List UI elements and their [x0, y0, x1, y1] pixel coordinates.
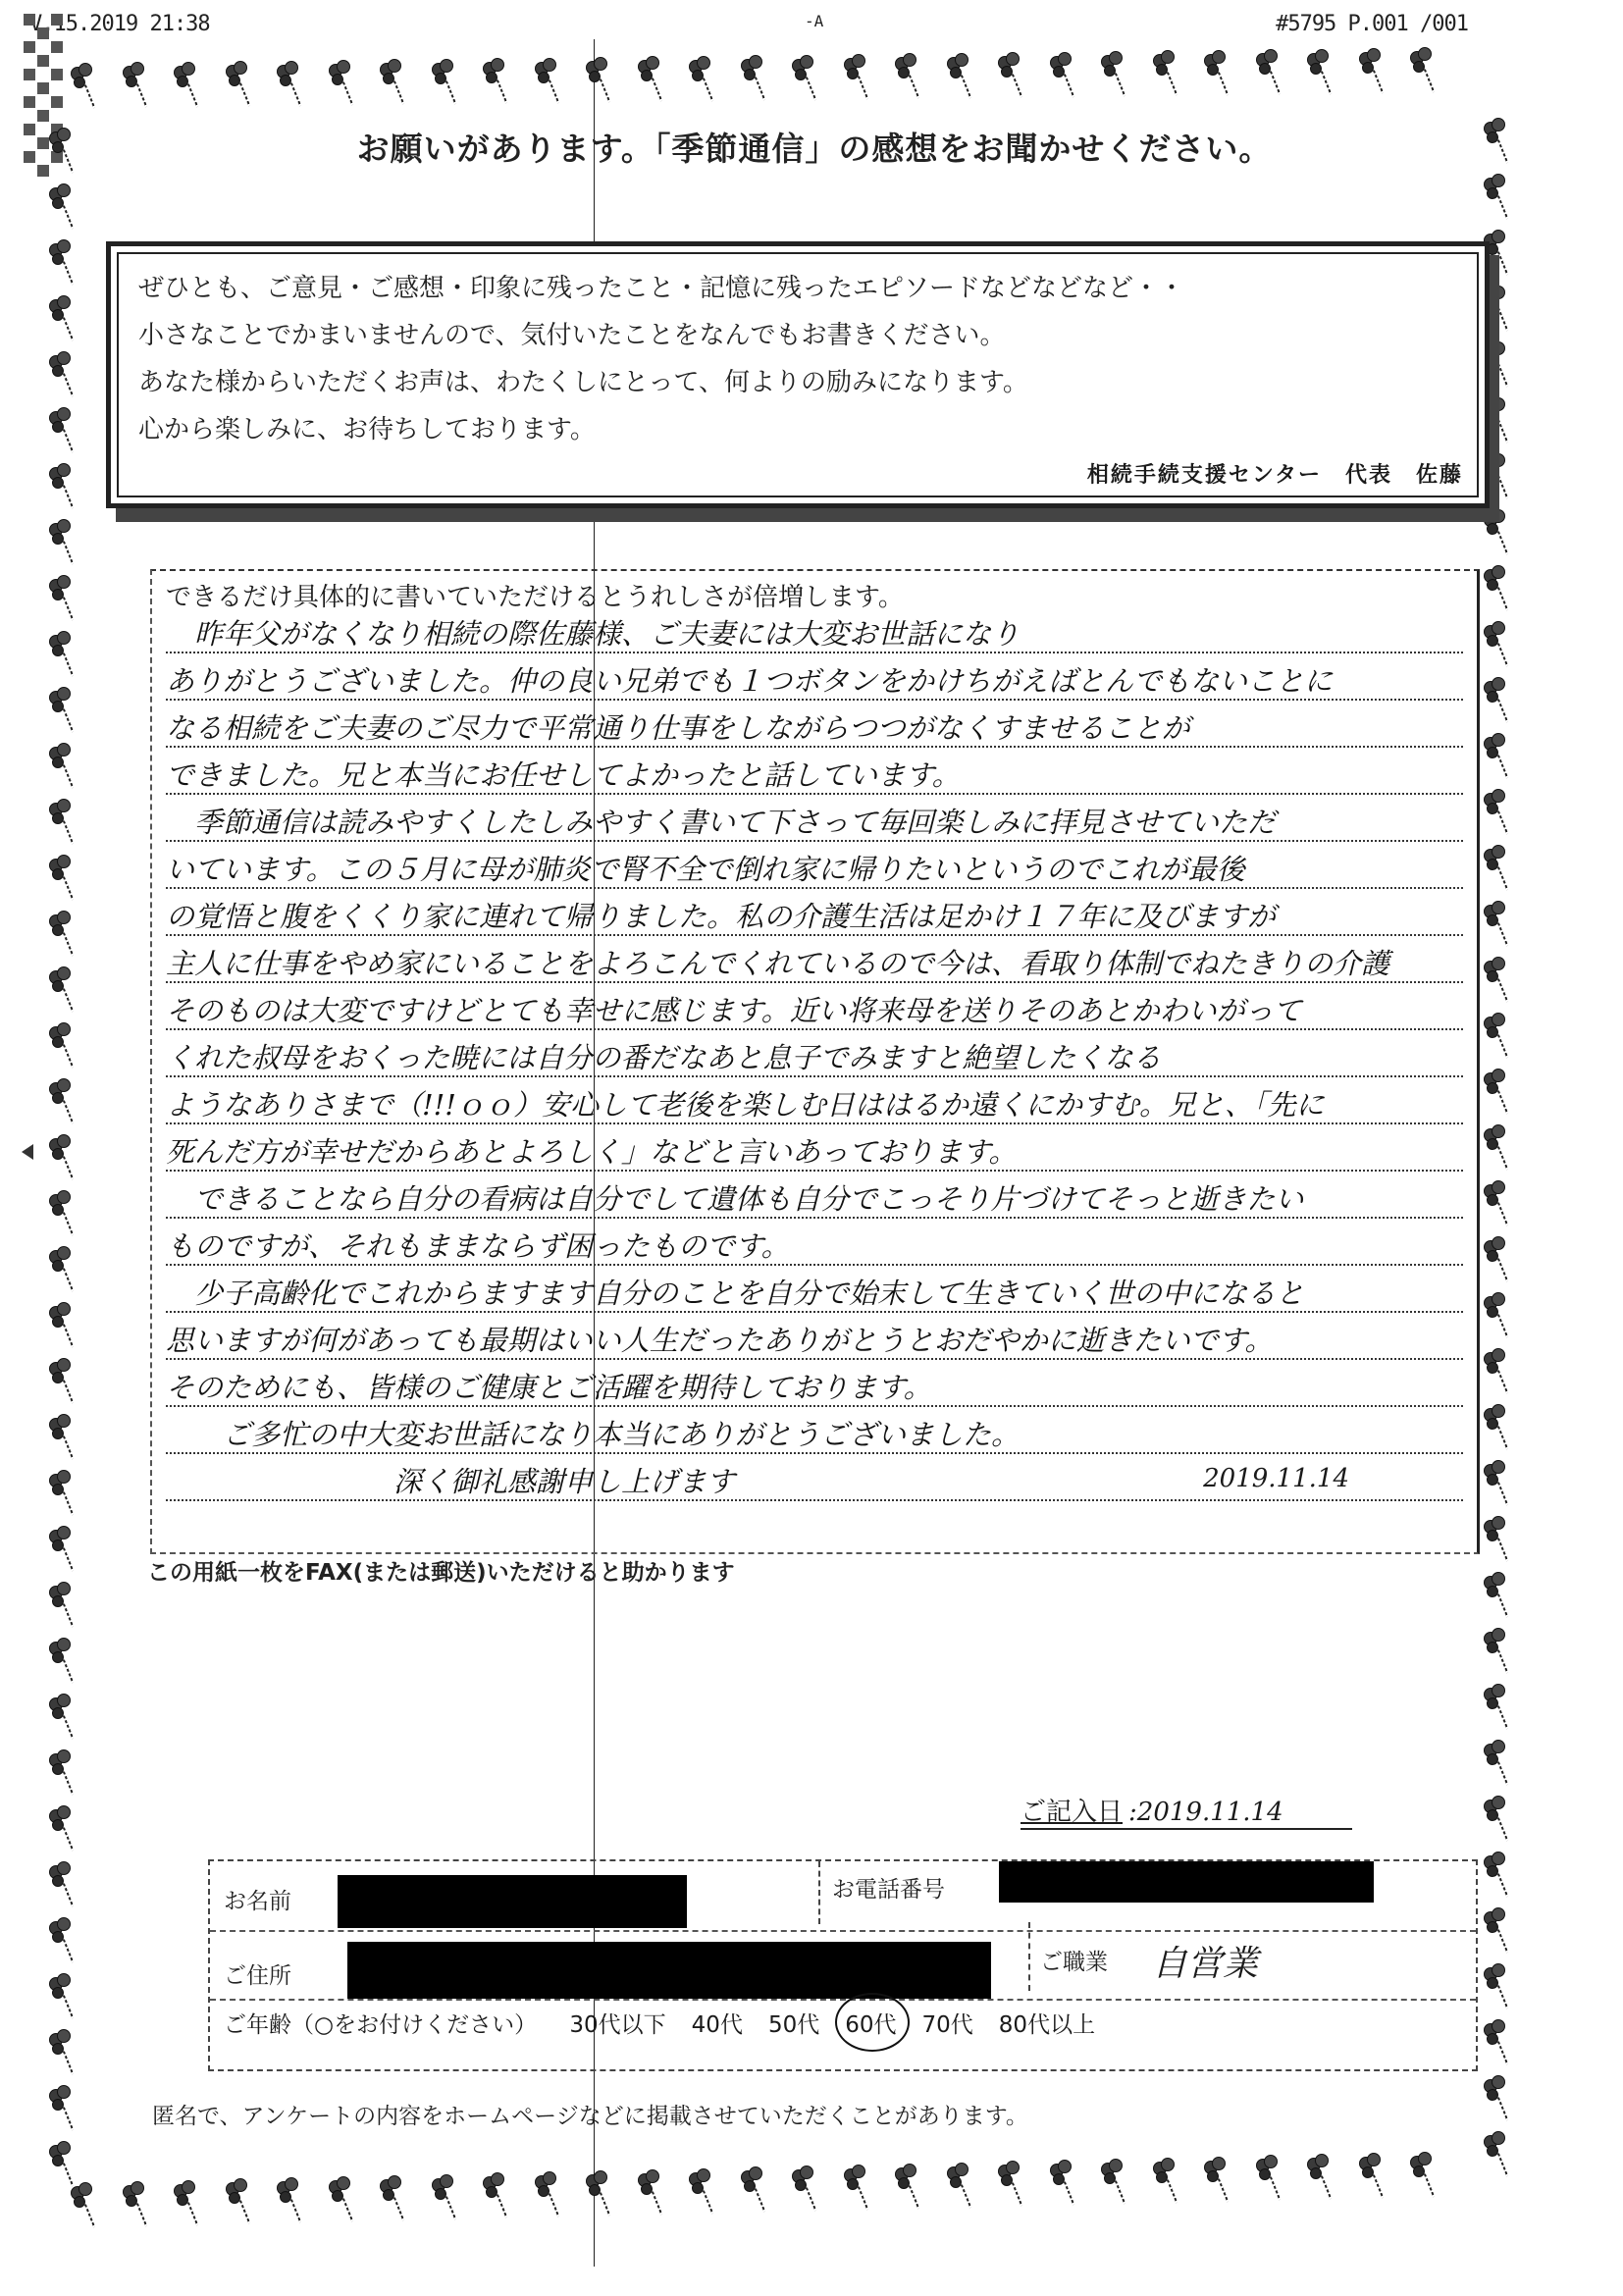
- cherry-icon: [71, 63, 92, 110]
- cherry-icon: [1484, 1292, 1505, 1339]
- cherry-icon: [49, 2029, 71, 2076]
- cherry-icon: [1484, 1404, 1505, 1451]
- handwritten-line: 死んだ方が幸せだからあとよろしく」などと言いあっております。: [166, 1130, 1463, 1172]
- entry-date-label: ご記入日: [1021, 1798, 1123, 1827]
- cherry-icon: [123, 2181, 144, 2228]
- form-divider: [1028, 1922, 1030, 1991]
- entry-date-value[interactable]: :2019.11.14: [1128, 1798, 1283, 1827]
- cherry-icon: [1484, 1069, 1505, 1116]
- cherry-icon: [49, 463, 71, 510]
- cherry-icon: [329, 2176, 350, 2223]
- occupation-label: ご職業: [1040, 1944, 1108, 1976]
- handwritten-line: の覚悟と腹をくくり家に連れて帰りました。私の介護生活は足かけ１７年に及びますが: [166, 895, 1463, 936]
- fax-page-number: #5795 P.001 /001: [1276, 12, 1468, 36]
- handwritten-line: そのものは大変ですけどとても幸せに感じます。近い将来母を送りそのあとかわいがって: [166, 989, 1463, 1030]
- cherry-icon: [49, 966, 71, 1014]
- cherry-icon: [1484, 1852, 1505, 1899]
- cherry-icon: [1307, 49, 1329, 96]
- cherry-icon: [71, 2182, 92, 2229]
- phone-field-redacted[interactable]: [999, 1861, 1374, 1903]
- cherry-icon: [49, 1526, 71, 1573]
- cherry-icon: [741, 55, 762, 102]
- cherry-icon: [1359, 2153, 1381, 2200]
- handwritten-line: ものですが、それもままならず困ったものです。: [166, 1225, 1463, 1266]
- cherry-icon: [1153, 2158, 1175, 2205]
- cherry-icon: [792, 55, 813, 102]
- cherry-icon: [49, 1805, 71, 1852]
- cherry-icon: [49, 183, 71, 231]
- page-title: お願いがあります。「季節通信」の感想をお聞かせください。: [196, 124, 1433, 170]
- handwritten-line: できました。兄と本当にお任せしてよかったと話しています。: [166, 754, 1463, 795]
- cherry-icon: [895, 2164, 916, 2211]
- name-field-redacted[interactable]: [338, 1875, 687, 1928]
- cherry-icon: [1484, 118, 1505, 165]
- cherry-icon: [483, 2172, 504, 2219]
- cherry-icon: [1050, 2160, 1072, 2207]
- cherry-icon: [1307, 2154, 1329, 2201]
- feedback-prompt: できるだけ具体的に書いていただけるとうれしさが倍増します。: [166, 577, 904, 613]
- age-option[interactable]: 60代: [845, 2007, 896, 2039]
- cherry-icon: [49, 631, 71, 678]
- intro-signature: 相続手続支援センター 代表 佐藤: [1087, 458, 1463, 489]
- handwritten-line: くれた叔母をおくった暁には自分の番だなあと息子でみますと絶望したくなる: [166, 1036, 1463, 1077]
- cherry-icon: [1050, 52, 1072, 99]
- cherry-icon: [49, 2085, 71, 2132]
- cherry-icon: [586, 2170, 607, 2218]
- cherry-icon: [49, 1302, 71, 1349]
- age-option[interactable]: 80代以上: [999, 2007, 1095, 2039]
- cherry-icon: [1153, 50, 1175, 97]
- cherry-icon: [1204, 2157, 1226, 2204]
- triangle-marker-icon: [22, 1144, 33, 1160]
- cherry-icon: [1484, 621, 1505, 668]
- cherry-icon: [380, 59, 401, 106]
- cherry-icon: [1484, 1236, 1505, 1283]
- cherry-icon: [1484, 1963, 1505, 2010]
- cherry-icon: [49, 799, 71, 846]
- cherry-icon: [174, 62, 195, 109]
- handwritten-line: いています。この５月に母が肺炎で腎不全で倒れ家に帰りたいというのでこれが最後: [166, 848, 1463, 889]
- cherry-icon: [1484, 1348, 1505, 1395]
- handwritten-line: 昨年父がなくなり相続の際佐藤様、ご夫妻には大変お世話になり: [166, 612, 1463, 653]
- cherry-icon: [483, 58, 504, 105]
- cherry-icon: [535, 2171, 556, 2218]
- cherry-icon: [1484, 2019, 1505, 2066]
- cherry-icon: [49, 295, 71, 342]
- cherry-icon: [689, 56, 710, 103]
- cherry-icon: [1101, 51, 1123, 98]
- cherry-icon: [49, 1414, 71, 1461]
- cherry-icon: [49, 911, 71, 958]
- cherry-icon: [49, 1694, 71, 1741]
- cherry-icon: [49, 1470, 71, 1517]
- cherry-icon: [947, 53, 969, 100]
- contact-form: お名前 お電話番号 ご住所 ご職業 自営業 ご年齢（○をお付けください） 30代…: [208, 1859, 1478, 2071]
- cherry-icon: [1484, 677, 1505, 724]
- cherry-icon: [998, 2161, 1020, 2208]
- handwritten-date: 2019.11.14: [1203, 1464, 1349, 1493]
- handwritten-line: ありがとうございました。仲の良い兄弟でも１つボタンをかけちがえばとんでもないこと…: [166, 659, 1463, 701]
- cherry-icon: [1484, 1516, 1505, 1563]
- handwritten-line: ようなありさまで（!!!ｏｏ）安心して老後を楽しむ日ははるか遠くにかすむ。兄と、…: [166, 1083, 1463, 1124]
- cherry-icon: [1484, 1684, 1505, 1731]
- cherry-icon: [689, 2168, 710, 2216]
- age-label: ご年齢（○をお付けください）: [224, 2007, 537, 2039]
- cherry-icon: [741, 2166, 762, 2214]
- cherry-icon: [49, 1638, 71, 1685]
- cherry-icon: [226, 61, 247, 108]
- cherry-icon: [49, 855, 71, 902]
- fax-center-mark: -A: [805, 12, 823, 30]
- fax-instruction: この用紙一枚をFAX(または郵送)いただけると助かります: [147, 1554, 735, 1587]
- cherry-icon: [1484, 1740, 1505, 1787]
- cherry-icon: [1484, 509, 1505, 556]
- cherry-icon: [49, 519, 71, 566]
- cherry-icon: [792, 2166, 813, 2213]
- cherry-icon: [947, 2163, 969, 2210]
- cherry-icon: [277, 61, 298, 108]
- cherry-icon: [1484, 565, 1505, 612]
- cherry-icon: [49, 1917, 71, 1964]
- cherry-icon: [49, 1358, 71, 1405]
- phone-label: お電話番号: [832, 1871, 945, 1904]
- cherry-icon: [49, 1861, 71, 1908]
- cherry-icon: [49, 1749, 71, 1797]
- cherry-icon: [226, 2178, 247, 2225]
- cherry-icon: [49, 407, 71, 454]
- intro-message-box: ぜひとも、ご意見・ご感想・印象に残ったこと・記憶に残ったエピソードなどなどなど・…: [106, 241, 1490, 508]
- age-option[interactable]: 40代: [692, 2007, 743, 2039]
- intro-line: 心から楽しみに、お待ちしております。: [138, 409, 596, 445]
- cherry-icon: [1484, 1124, 1505, 1172]
- cherry-icon: [277, 2177, 298, 2224]
- cherry-icon: [1359, 48, 1381, 95]
- feedback-area[interactable]: できるだけ具体的に書いていただけるとうれしさが倍増します。 昨年父がなくなり相続…: [150, 569, 1480, 1554]
- age-option[interactable]: 50代: [768, 2007, 819, 2039]
- fax-transmission-header: V.15.2019 21:38 -A #5795 P.001 /001: [0, 12, 1623, 45]
- address-field-redacted[interactable]: [347, 1942, 991, 1999]
- handwritten-line: ご多忙の中大変お世話になり本当にありがとうございました。: [166, 1413, 1463, 1454]
- cherry-icon: [174, 2180, 195, 2227]
- cherry-icon: [49, 687, 71, 734]
- address-label: ご住所: [224, 1957, 291, 1990]
- cherry-icon: [1204, 50, 1226, 97]
- cherry-icon: [1410, 2152, 1432, 2199]
- cherry-icon: [49, 351, 71, 398]
- cherry-icon: [329, 60, 350, 107]
- cherry-icon: [49, 2141, 71, 2188]
- intro-line: 小さなことでかまいませんので、気付いたことをなんでもお書きください。: [138, 315, 1005, 351]
- handwritten-line: 主人に仕事をやめ家にいることをよろこんでくれているので今は、看取り体制でねたきり…: [166, 942, 1463, 983]
- cherry-icon: [638, 56, 659, 103]
- cherry-icon: [1484, 1460, 1505, 1507]
- cherry-icon: [432, 2174, 453, 2221]
- cherry-icon: [638, 2169, 659, 2217]
- cherry-icon: [123, 62, 144, 109]
- cherry-icon: [1484, 2075, 1505, 2122]
- intro-line: ぜひとも、ご意見・ご感想・印象に残ったこと・記憶に残ったエピソードなどなどなど・…: [138, 268, 1184, 304]
- cherry-icon: [49, 1078, 71, 1125]
- cherry-icon: [380, 2175, 401, 2222]
- handwritten-line: なる相続をご夫妻のご尽力で平常通り仕事をしながらつつがなくすませることが: [166, 706, 1463, 748]
- cherry-icon: [586, 57, 607, 104]
- cherry-icon: [1484, 1628, 1505, 1675]
- cherry-icon: [1484, 2131, 1505, 2178]
- cherry-icon: [432, 59, 453, 106]
- cherry-icon: [49, 1022, 71, 1070]
- cherry-icon: [1484, 733, 1505, 780]
- handwritten-line: 季節通信は読みやすくしたしみやすく書いて下さって毎回楽しみに拝見させていただ: [166, 801, 1463, 842]
- age-row: ご年齢（○をお付けください） 30代以下40代50代60代70代80代以上: [224, 2007, 1121, 2039]
- cherry-icon: [535, 58, 556, 105]
- handwritten-line: そのためにも、皆様のご健康とご活躍を期待しております。: [166, 1366, 1463, 1407]
- cherry-icon: [895, 53, 916, 100]
- form-divider: [818, 1861, 820, 1924]
- name-label: お名前: [224, 1883, 291, 1915]
- intro-inner-frame: ぜひとも、ご意見・ご感想・印象に残ったこと・記憶に残ったエピソードなどなどなど・…: [117, 252, 1479, 497]
- handwritten-line: 思いますが何があっても最期はいい人生だったありがとうとおだやかに逝きたいです。: [166, 1319, 1463, 1360]
- age-option[interactable]: 30代以下: [569, 2007, 665, 2039]
- cherry-icon: [1484, 1572, 1505, 1619]
- cherry-icon: [1484, 1013, 1505, 1060]
- cherry-icon: [49, 1134, 71, 1181]
- form-row-divider: [210, 1930, 1476, 1932]
- cherry-icon: [49, 1973, 71, 2020]
- cherry-icon: [49, 1246, 71, 1293]
- cherry-icon: [49, 128, 71, 175]
- cherry-icon: [1484, 1180, 1505, 1227]
- cherry-icon: [844, 2165, 865, 2212]
- cherry-icon: [49, 575, 71, 622]
- cherry-icon: [1484, 1796, 1505, 1843]
- handwritten-line: できることなら自分の看病は自分でして遺体も自分でこっそり片づけてそっと逝きたい: [166, 1177, 1463, 1219]
- cherry-icon: [1484, 901, 1505, 948]
- anonymous-publication-note: 匿名で、アンケートの内容をホームページなどに掲載させていただくことがあります。: [152, 2098, 1028, 2130]
- occupation-value[interactable]: 自営業: [1152, 1936, 1258, 1986]
- cherry-icon: [1484, 845, 1505, 892]
- entry-date: ご記入日:2019.11.14: [1021, 1792, 1352, 1830]
- cherry-icon: [49, 1190, 71, 1237]
- cherry-icon: [1484, 1907, 1505, 1955]
- form-row-divider: [210, 1999, 1476, 2001]
- cherry-icon: [1256, 49, 1278, 96]
- handwritten-line: 少子高齢化でこれからますます自分のことを自分で始末して生きていく世の中になると: [166, 1272, 1463, 1313]
- cherry-icon: [1256, 2155, 1278, 2202]
- cherry-icon: [1410, 47, 1432, 94]
- cherry-icon: [1484, 789, 1505, 836]
- cherry-icon: [844, 54, 865, 101]
- intro-line: あなた様からいただくお声は、わたくしにとって、何よりの励みになります。: [138, 362, 1028, 398]
- cherry-icon: [1484, 957, 1505, 1004]
- age-option[interactable]: 70代: [922, 2007, 973, 2039]
- cherry-icon: [998, 52, 1020, 99]
- cherry-icon: [49, 239, 71, 287]
- cherry-icon: [49, 1582, 71, 1629]
- cherry-icon: [1101, 2159, 1123, 2206]
- cherry-icon: [49, 743, 71, 790]
- cherry-icon: [1484, 174, 1505, 221]
